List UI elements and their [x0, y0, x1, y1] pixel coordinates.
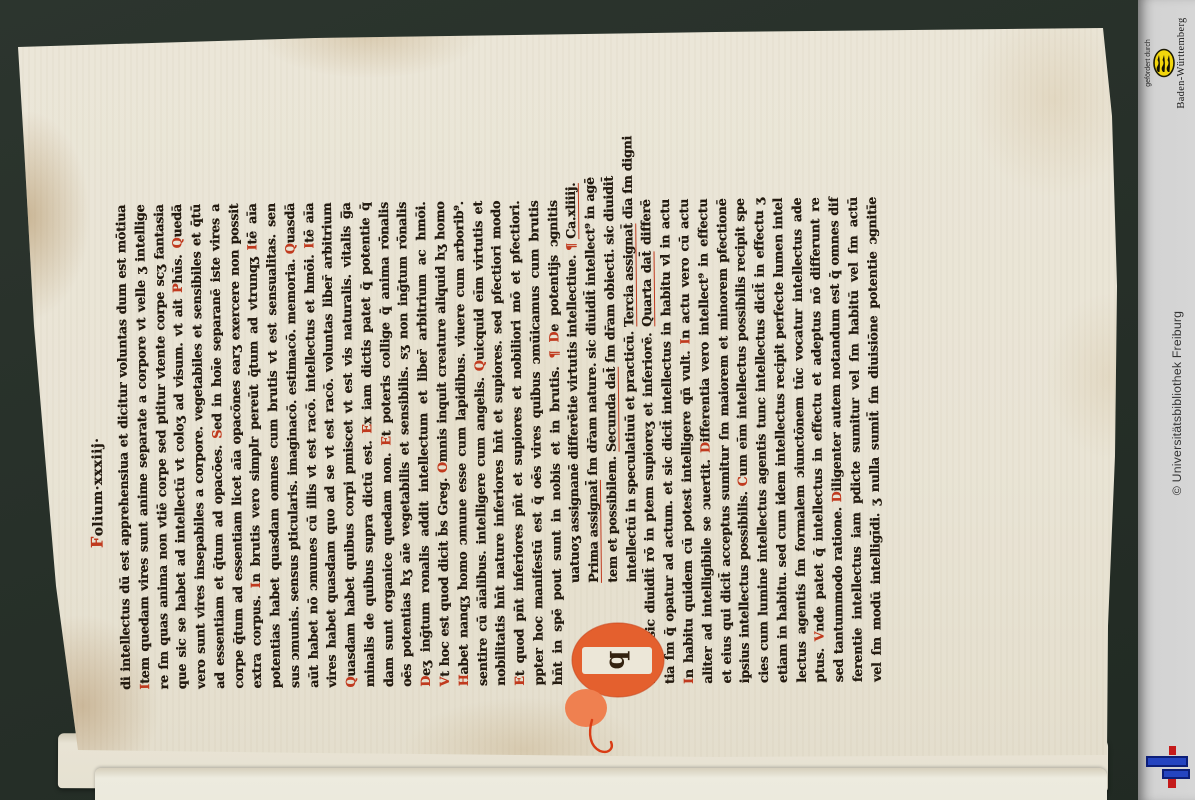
text-segment: vero sunt vires insepabiles a corpore. v… — [188, 204, 208, 689]
text-segment: aūt habet nō ɔmunes cū illis vt est racō… — [301, 249, 321, 688]
text-segment: re ſm quas anima non vtiē corpe sed ptit… — [151, 204, 171, 689]
text-segment: E — [378, 436, 393, 446]
text-segment: nde patet q̄ intellectus in effectu et a… — [807, 198, 827, 632]
text-segment: V — [812, 632, 827, 642]
folio-header: Folium·xxxiij· — [86, 438, 106, 549]
text-segment: dīa ſm digni — [619, 136, 635, 224]
text-segment: sed tantummodo ratione. — [829, 502, 846, 682]
text-segment: Secunda dat̄ — [603, 367, 620, 452]
text-segment: D — [546, 332, 561, 343]
text-segment: Q — [282, 243, 297, 254]
text-segment: uasdā — [282, 203, 297, 244]
text-segment: que sic se habet ad intellectū vt coloʒ … — [170, 293, 189, 689]
text-segment: t hoc est quod dicit b̄s Greg. — [435, 473, 452, 677]
text-segment: e potentijs ɔgnitis — [545, 200, 561, 332]
copyright-line: © Universitätsbibliothek Freiburg — [1170, 278, 1184, 528]
text-segment: ifferentia vero intellect⁹ in effectu — [695, 199, 713, 443]
baden-wuerttemberg-coat-of-arms — [1153, 48, 1175, 78]
logo-red-square-top — [1169, 746, 1176, 755]
funding-region: Baden-Württemberg — [1176, 17, 1187, 108]
text-segment: ¶ — [564, 239, 579, 251]
text-segment: um eīm intellectus possibilis recipit sp… — [732, 198, 750, 476]
text-segment: intellectū in speculatiuū et practicū. — [621, 327, 639, 583]
text-segment: Q — [343, 677, 358, 688]
text-segment: ferentie intellectus iam pdicte sumitur … — [845, 197, 865, 682]
text-segment: tē aīa — [301, 203, 316, 243]
text-segment: vires habet quasdam quo ad se vt est rac… — [319, 203, 339, 688]
copyright-text: © Universitätsbibliothek Freiburg — [1170, 311, 1184, 495]
book-page-edge — [95, 768, 1107, 800]
text-segment: differē — [638, 199, 654, 251]
text-segment: et eius qui dicit̄ acceptus sumitur ſm m… — [713, 199, 733, 684]
text-segment: sus ɔmunis. sensus pticularis. imaginacō… — [282, 254, 302, 688]
text-segment: O — [435, 462, 450, 473]
scan-background: Folium·xxxiij· di intellectus dū est app… — [0, 0, 1195, 800]
text-segment: nobilitatis hn̄t nature inferiores hn̄t … — [488, 201, 508, 686]
text-segment: H — [456, 675, 471, 687]
manuscript-text-block: Folium·xxxiij· di intellectus dū est app… — [112, 197, 887, 690]
logo-red-square-bottom — [1168, 779, 1176, 788]
folio-header-initial: F — [87, 536, 106, 548]
text-segment: V — [437, 677, 452, 687]
text-segment: Ca.xliiij. — [563, 183, 580, 239]
text-segment: uatuoʒ assignanē differētie virtutis int… — [564, 251, 582, 583]
text-segment: I — [301, 243, 316, 249]
text-segment: Tercia assignat̄ — [620, 223, 637, 327]
text-segment: abet nanqʒ homo ɔmune esse cum lapidibus… — [451, 201, 471, 674]
text-segment: ſm dr̄am nature. sic diuidit̄ intellect⁹… — [582, 177, 600, 480]
logo-blue-bar-bottom — [1162, 769, 1190, 779]
text-segment: I — [681, 678, 696, 684]
text-segment: ed in hoīe separanē iste vires a — [207, 204, 224, 430]
text-segment: C — [735, 477, 750, 487]
text-segment: n brutis vero simplr pereūt q̄tum ad vtr… — [245, 250, 263, 582]
text-segment: E — [359, 424, 374, 434]
text-segment: uicquid eīm virtutis et — [470, 201, 487, 360]
text-segment: D — [697, 442, 712, 453]
manuscript-page: Folium·xxxiij· di intellectus dū est app… — [16, 26, 1120, 757]
text-segment: t poteris collige q̄ anima rōnalis — [376, 202, 393, 436]
text-segment: t quod pn̄t inferiores pn̄t et supiores … — [507, 201, 527, 677]
text-segment: mnis inquit creature aliquid hʒ homo — [432, 201, 450, 462]
text-segment: oēs potentias hʒ aīe vegetabilis et sens… — [394, 202, 414, 687]
text-segment: iligenter autem notandum est q̄ omnes di… — [826, 197, 844, 491]
text-segment: lectus agentis ſm formalem ɔiunctōnem tū… — [789, 198, 809, 683]
text-segment: ad essentiam et q̄tum ad opacōes. — [209, 439, 227, 689]
text-segment: corpe q̄tum ad essentiam licet aīa opacō… — [226, 204, 246, 689]
text-column: di intellectus dū est apprehensiua et di… — [112, 197, 886, 690]
text-segment: n habitu quidem cū potest intelligere qn… — [677, 344, 695, 678]
logo-blue-bar-top — [1146, 756, 1188, 767]
text-segment: aliter ad intelligibile se ɔuertit. — [697, 453, 714, 684]
text-segment: cies cum lumine intellectus agentis tunc… — [751, 198, 771, 683]
text-segment: tē aīa — [244, 203, 259, 244]
text-segment: potentias habet quasdam omnes cum brutis… — [263, 203, 283, 688]
text-segment: P — [170, 284, 185, 293]
text-segment: hūs. — [170, 248, 185, 283]
text-segment: uasdam habet quibus corpi pmiscet vt est… — [338, 202, 358, 676]
text-segment: I — [137, 684, 152, 690]
text-segment: etiam in habitu. sed cum idem intellectu… — [770, 198, 790, 683]
text-segment: ppter hoc manifestū est q̄ oēs vires qui… — [526, 201, 546, 686]
text-segment: tem et possibilem. — [604, 452, 620, 583]
folio-header-text: olium·xxxiij· — [89, 438, 106, 537]
text-segment: ¶ — [546, 343, 561, 359]
text-segment: Quarta dat̄ — [639, 251, 656, 327]
text-segment: I — [245, 245, 260, 251]
text-segment: n actu vero cū actu — [676, 199, 692, 339]
text-segment: Q — [170, 238, 185, 249]
drop-cap-initial-q: q — [548, 612, 668, 772]
text-segment: x iam dictis patet q̄ potentie q̄ — [357, 202, 374, 424]
text-segment: tem quedam vires sunt anime separate a c… — [132, 205, 152, 684]
text-segment: dam sunt organice quedam non. — [378, 446, 396, 687]
text-segment: D — [829, 492, 844, 503]
text-segment: Prima assignat̄ — [585, 480, 602, 583]
text-segment: minalis de quibus supra dictū est. — [359, 434, 377, 688]
text-segment: vel ſm modū intelligīdi. ʒ nulla sumit̄ … — [864, 197, 884, 682]
text-segment: ſm dr̄am obiecti. sic diuidit̄ — [601, 176, 618, 367]
text-segment: S — [209, 430, 224, 439]
text-segment: ptus. — [812, 641, 827, 682]
text-segment: di intellectus dū est apprehensiua et di… — [113, 205, 133, 690]
text-segment: extra corpus. — [248, 588, 264, 688]
funding-block: gefördert durch Baden-Württemberg — [1139, 0, 1193, 148]
library-margin-strip: http://dl.ub.uni-freiburg.de/diglit/pseu… — [1138, 0, 1195, 800]
text-segment: I — [248, 582, 263, 588]
text-segment: D — [418, 676, 433, 687]
drop-cap-guide-letter: q — [600, 650, 631, 669]
text-segment: Q — [471, 360, 486, 371]
text-segment: uedā — [169, 204, 184, 237]
text-segment: eʒ inḡtum ronalis addit intellectum et l… — [413, 202, 433, 676]
text-segment: I — [677, 339, 692, 345]
text-segment: ipsius intellectus possibilis. — [735, 486, 752, 683]
text-segment: E — [512, 676, 527, 686]
text-segment: sentire cū aīalibus. intelligere cum ang… — [471, 371, 489, 686]
funding-label: gefördert durch — [1145, 39, 1152, 86]
